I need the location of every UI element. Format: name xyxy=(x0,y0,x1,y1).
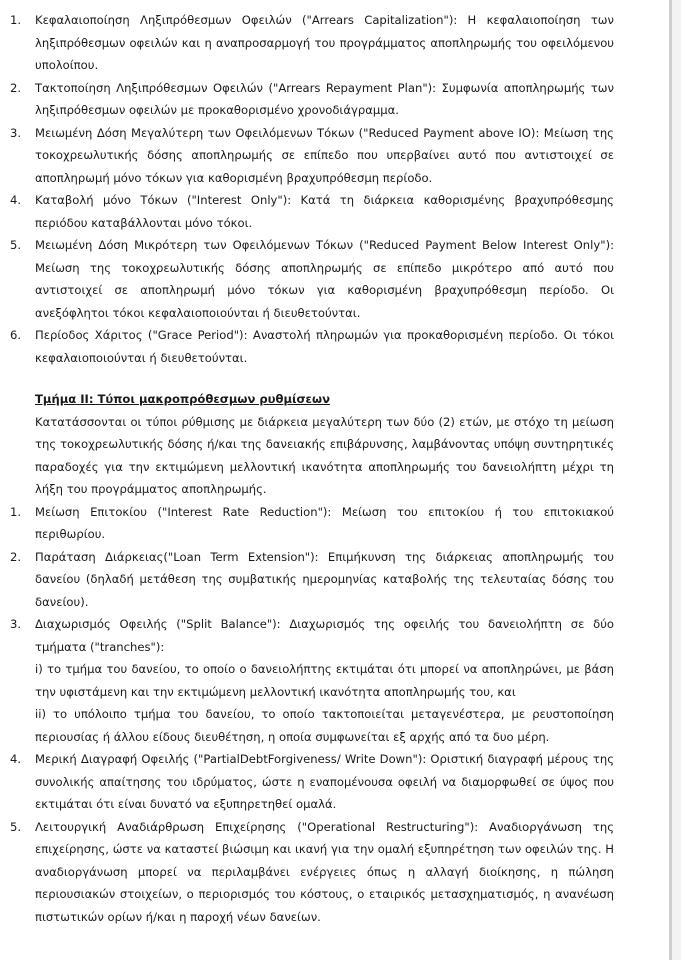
item-text: Κεφαλαιοποίηση Ληξιπρόθεσμων Οφειλών ("A… xyxy=(35,13,614,72)
item-number: 6. xyxy=(10,324,21,347)
item-text: Λειτουργική Αναδιάρθρωση Επιχείρησης ("O… xyxy=(35,820,614,924)
list-item: 1.Κεφαλαιοποίηση Ληξιπρόθεσμων Οφειλών (… xyxy=(10,9,614,77)
list-item: 6.Περίοδος Χάριτος ("Grace Period"): Ανα… xyxy=(10,324,614,369)
item-number: 5. xyxy=(10,234,21,257)
item-text: Μειωμένη Δόση Μεγαλύτερη των Οφειλόμενων… xyxy=(35,126,614,185)
item-number: 2. xyxy=(10,77,21,100)
section-heading: Τμήμα ΙΙ: Τύποι μακροπρόθεσμων ρυθμίσεων xyxy=(10,388,614,411)
item-number: 2. xyxy=(10,546,21,569)
list-item: 5.Λειτουργική Αναδιάρθρωση Επιχείρησης (… xyxy=(10,816,614,929)
list-item: 2.Τακτοποίηση Ληξιπρόθεσμων Οφειλών ("Ar… xyxy=(10,77,614,122)
item-text: Παράταση Διάρκειας("Loan Term Extension"… xyxy=(35,550,614,609)
item-text: Μερική Διαγραφή Οφειλής ("PartialDebtFor… xyxy=(35,752,614,811)
list-item: 2.Παράταση Διάρκειας("Loan Term Extensio… xyxy=(10,546,614,614)
list-item: 3.Μειωμένη Δόση Μεγαλύτερη των Οφειλόμεν… xyxy=(10,122,614,190)
item-number: 4. xyxy=(10,748,21,771)
item-text: Μειωμένη Δόση Μικρότερη των Οφειλόμενων … xyxy=(35,238,614,320)
item-number: 3. xyxy=(10,613,21,636)
document-content: 1.Κεφαλαιοποίηση Ληξιπρόθεσμων Οφειλών (… xyxy=(10,9,614,928)
section-intro: Κατατάσσονται οι τύποι ρύθμισης με διάρκ… xyxy=(10,411,614,501)
item-number: 5. xyxy=(10,816,21,839)
list-item: 1.Μείωση Επιτοκίου ("Interest Rate Reduc… xyxy=(10,501,614,546)
sub-item-i: i) το τμήμα του δανείου, το οποίο ο δανε… xyxy=(35,658,614,703)
list-item: 3.Διαχωρισμός Οφειλής ("Split Balance"):… xyxy=(10,613,614,748)
item-number: 1. xyxy=(10,501,21,524)
short-term-arrangements-list: 1.Κεφαλαιοποίηση Ληξιπρόθεσμων Οφειλών (… xyxy=(10,9,614,369)
item-text: Διαχωρισμός Οφειλής ("Split Balance"): Δ… xyxy=(35,617,614,654)
list-item: 4.Μερική Διαγραφή Οφειλής ("PartialDebtF… xyxy=(10,748,614,816)
item-text: Μείωση Επιτοκίου ("Interest Rate Reducti… xyxy=(35,505,614,542)
long-term-arrangements-list: 1.Μείωση Επιτοκίου ("Interest Rate Reduc… xyxy=(10,501,614,929)
item-number: 4. xyxy=(10,189,21,212)
list-item: 4.Καταβολή μόνο Τόκων ("Interest Only"):… xyxy=(10,189,614,234)
item-number: 3. xyxy=(10,122,21,145)
document-page: 1.Κεφαλαιοποίηση Ληξιπρόθεσμων Οφειλών (… xyxy=(0,0,669,960)
item-number: 1. xyxy=(10,9,21,32)
sub-item-ii: ii) το υπόλοιπο τμήμα του δανείου, το οπ… xyxy=(35,703,614,748)
item-text: Περίοδος Χάριτος ("Grace Period"): Αναστ… xyxy=(35,328,614,365)
viewer-background xyxy=(672,0,681,960)
item-text: Τακτοποίηση Ληξιπρόθεσμων Οφειλών ("Arre… xyxy=(35,81,614,118)
item-text: Καταβολή μόνο Τόκων ("Interest Only"): Κ… xyxy=(35,193,614,230)
list-item: 5.Μειωμένη Δόση Μικρότερη των Οφειλόμενω… xyxy=(10,234,614,324)
